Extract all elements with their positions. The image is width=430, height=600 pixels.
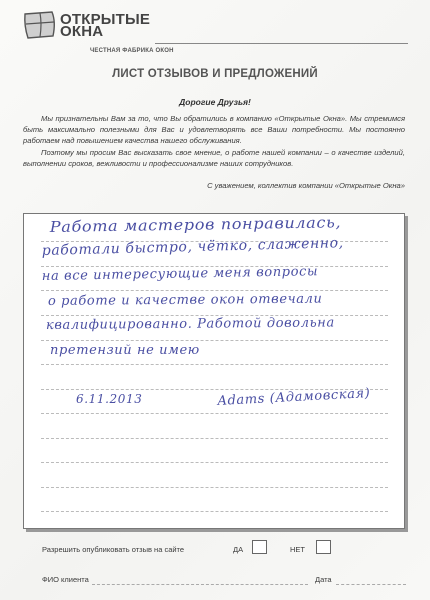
header-divider [155,43,408,44]
client-name-field[interactable] [92,584,308,585]
handwritten-line: квалифицированно. Работой довольна [46,315,335,333]
window-icon [22,10,58,40]
feedback-form-page: ОТКРЫТЫЕ ОКНА ЧЕСТНАЯ ФАБРИКА ОКОН ЛИСТ … [0,0,430,600]
yes-checkbox[interactable] [252,540,267,554]
document-title: ЛИСТ ОТЗЫВОВ И ПРЕДЛОЖЕНИЙ [0,68,430,80]
ruled-line [41,511,388,512]
ruled-line [41,290,388,291]
brand-name: ОТКРЫТЫЕ ОКНА [60,14,150,38]
handwritten-line: Работа мастеров понравилась, [50,213,342,236]
ruled-line [41,487,388,488]
ruled-line [41,364,388,365]
intro-paragraph-2: Поэтому мы просим Вас высказать свое мне… [23,147,405,169]
no-checkbox[interactable] [316,540,331,554]
intro-text: Мы признательны Вам за то, что Вы обрати… [23,113,405,169]
regards-line: С уважением, коллектив компании «Открыты… [207,181,405,190]
publish-permission-label: Разрешить опубликовать отзыв на сайте [42,545,184,554]
ruled-line [41,438,388,439]
intro-paragraph-1: Мы признательны Вам за то, что Вы обрати… [23,113,405,147]
yes-label: ДА [233,545,243,554]
date-field[interactable] [336,584,406,585]
feedback-textarea[interactable]: Работа мастеров понравилась, работали бы… [23,213,405,529]
handwritten-date: 6.11.2013 [76,392,142,406]
ruled-line [41,413,388,414]
greeting: Дорогие Друзья! [0,97,430,107]
ruled-line [41,462,388,463]
company-logo: ОТКРЫТЫЕ ОКНА ЧЕСТНАЯ ФАБРИКА ОКОН [22,8,162,48]
client-name-label: ФИО клиента [42,575,89,584]
brand-tagline: ЧЕСТНАЯ ФАБРИКА ОКОН [90,48,174,54]
date-label: Дата [315,575,332,584]
handwritten-line: о работе и качестве окон отвечали [48,292,323,309]
handwritten-line: претензий не имею [50,343,200,358]
no-label: НЕТ [290,545,305,554]
handwritten-line: на все интересующие меня вопросы [42,264,319,284]
ruled-line [41,340,388,341]
handwritten-line: работали быстро, чётко, слаженно, [42,235,344,259]
